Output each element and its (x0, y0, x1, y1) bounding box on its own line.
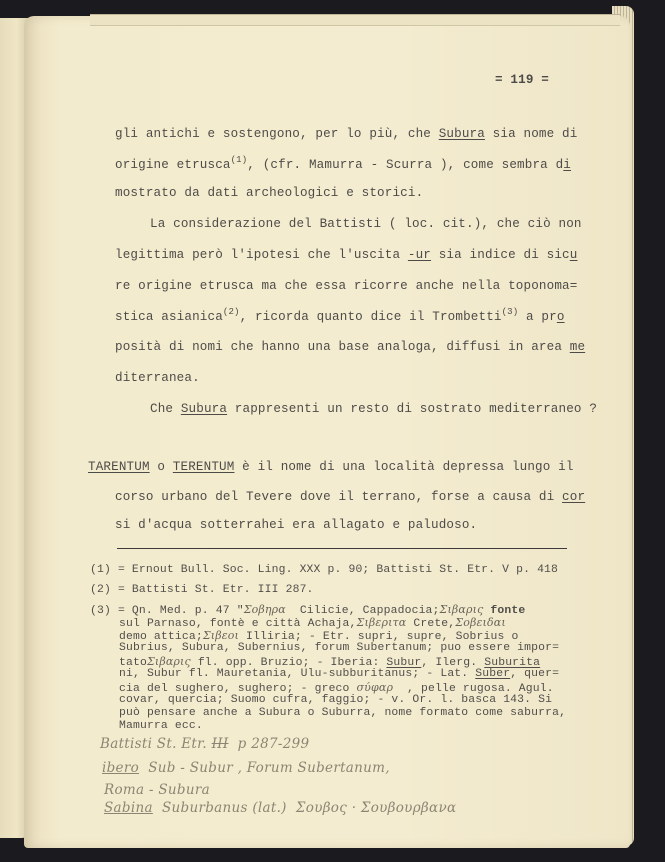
footnote-2: (2) = Battisti St. Etr. III 287. (90, 584, 314, 596)
body-line-12: corso urbano del Tevere dove il terrano,… (115, 490, 585, 504)
footnote-3-line-8: covar, quercia; Suomo cufra, faggio; - v… (119, 694, 552, 706)
footnote-3-line-10: Mamurra ecc. (119, 720, 203, 732)
page-top-edge (90, 14, 620, 26)
handwritten-note-4: Sabina Suburbanus (lat.) Σουβος · Σουβου… (104, 800, 456, 816)
footnote-3-line-4: Subrius, Subura, Subernius, forum Subert… (119, 642, 559, 654)
term-ur: -ur (408, 248, 431, 262)
term-tarentum: TARENTUM (88, 460, 150, 474)
footnote-3-line-9: può pensare anche a Subura o Suburra, no… (119, 707, 566, 719)
footnote-3-line-6: ni, Subur fl. Mauretania, Ulu-subburitan… (119, 668, 559, 680)
footnote-3-line-7: cia del sughero, sughero; - greco σύφαρ … (119, 681, 554, 695)
body-line-3: mostrato da dati archeologici e storici. (115, 186, 423, 200)
footnote-3-line-5: tatoΣιβαρις fl. opp. Bruzio; - Iberia: S… (119, 655, 540, 669)
tarentum-heading: TARENTUM o TERENTUM è il nome di una loc… (88, 460, 574, 474)
body-line-1: gli antichi e sostengono, per lo più, ch… (115, 127, 577, 141)
footnote-ref-2[interactable]: (2) (223, 307, 240, 317)
page-number: = 119 = (495, 73, 549, 87)
term-terentum: TERENTUM (173, 460, 235, 474)
handwritten-note-3: Roma - Subura (104, 782, 210, 798)
body-line-6: re origine etrusca ma che essa ricorre a… (115, 279, 577, 293)
body-line-13: si d'acqua sotterrahei era allagato e pa… (115, 518, 477, 532)
body-line-4: La considerazione del Battisti ( loc. ci… (150, 217, 582, 231)
footnote-1: (1) = Ernout Bull. Soc. Ling. XXX p. 90;… (90, 564, 558, 576)
footnote-ref-3[interactable]: (3) (502, 307, 519, 317)
body-line-9: diterranea. (115, 371, 200, 385)
body-line-8: posità di nomi che hanno una base analog… (115, 340, 585, 354)
footnote-ref-1[interactable]: (1) (231, 155, 248, 165)
footnote-3-line-2: sul Parnaso, fontè e città Achaja,Σιβερι… (119, 616, 506, 630)
body-line-10: Che Subura rappresenti un resto di sostr… (150, 402, 597, 416)
footnote-3: (3) = Qn. Med. p. 47 "Σοβηρα Cilicie, Ca… (90, 603, 525, 617)
body-line-5: legittima però l'ipotesi che l'uscita -u… (115, 248, 577, 262)
handwritten-note-2: ibero Sub - Subur , Forum Subertanum, (102, 760, 390, 776)
term-subura: Subura (181, 402, 227, 416)
footnote-divider (117, 548, 567, 549)
footnote-3-line-3: demo attica;Σιβεοι Illiria; - Etr. supri… (119, 629, 518, 643)
body-line-2: origine etrusca(1), (cfr. Mamurra - Scur… (115, 155, 571, 172)
term-subura: Subura (439, 127, 485, 141)
handwritten-note-1: Battisti St. Etr. III p 287-299 (100, 736, 309, 752)
body-line-7: stica asianica(2), ricorda quanto dice i… (115, 307, 565, 324)
